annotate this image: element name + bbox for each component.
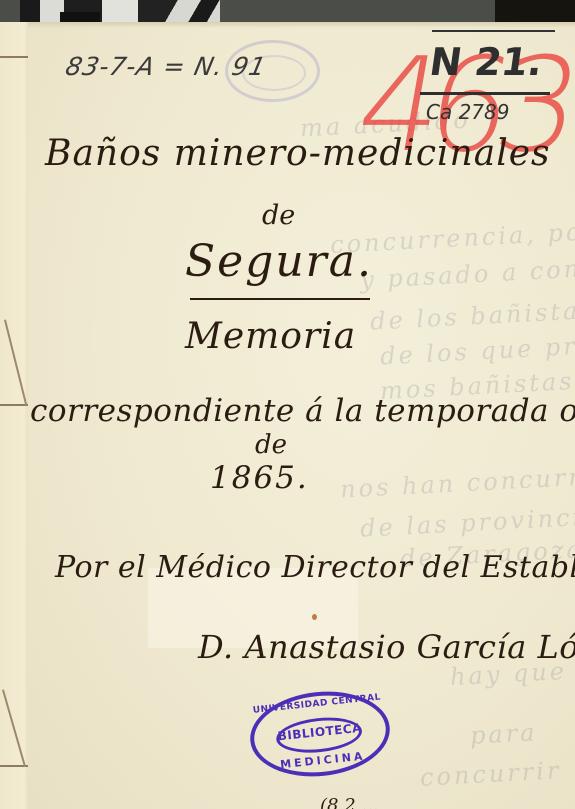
- shelfmark: 83-7-A = N. 91: [63, 52, 269, 81]
- calibration-diagonal: [150, 0, 230, 22]
- title-year: 1865.: [210, 460, 309, 496]
- binding-thread: [0, 56, 30, 58]
- scan-background-corner: [495, 0, 575, 22]
- catalog-sub-number: Ca 2789: [426, 100, 509, 124]
- title-line-banos: Baños minero-medicinales: [45, 133, 551, 174]
- foxing-spot: [312, 614, 317, 620]
- catalog-number: N 21.: [427, 40, 546, 84]
- author-name: D. Anastasio García López: [198, 628, 575, 666]
- title-place: Segura.: [185, 236, 373, 287]
- rule-line: [432, 30, 555, 32]
- title-de: de: [262, 200, 295, 231]
- title-underline: [190, 298, 370, 300]
- rule-line: [420, 92, 550, 95]
- cut-off-text: (8 2 ...: [320, 795, 379, 809]
- document-scan: ma acudido concurrencia, por algu y pasa…: [0, 0, 575, 809]
- author-role: Por el Médico Director del Establec.to: [55, 550, 575, 585]
- title-line-correspondiente: correspondiente á la temporada oficial: [30, 393, 575, 429]
- title-de: de: [255, 430, 287, 460]
- title-memoria: Memoria: [185, 316, 356, 357]
